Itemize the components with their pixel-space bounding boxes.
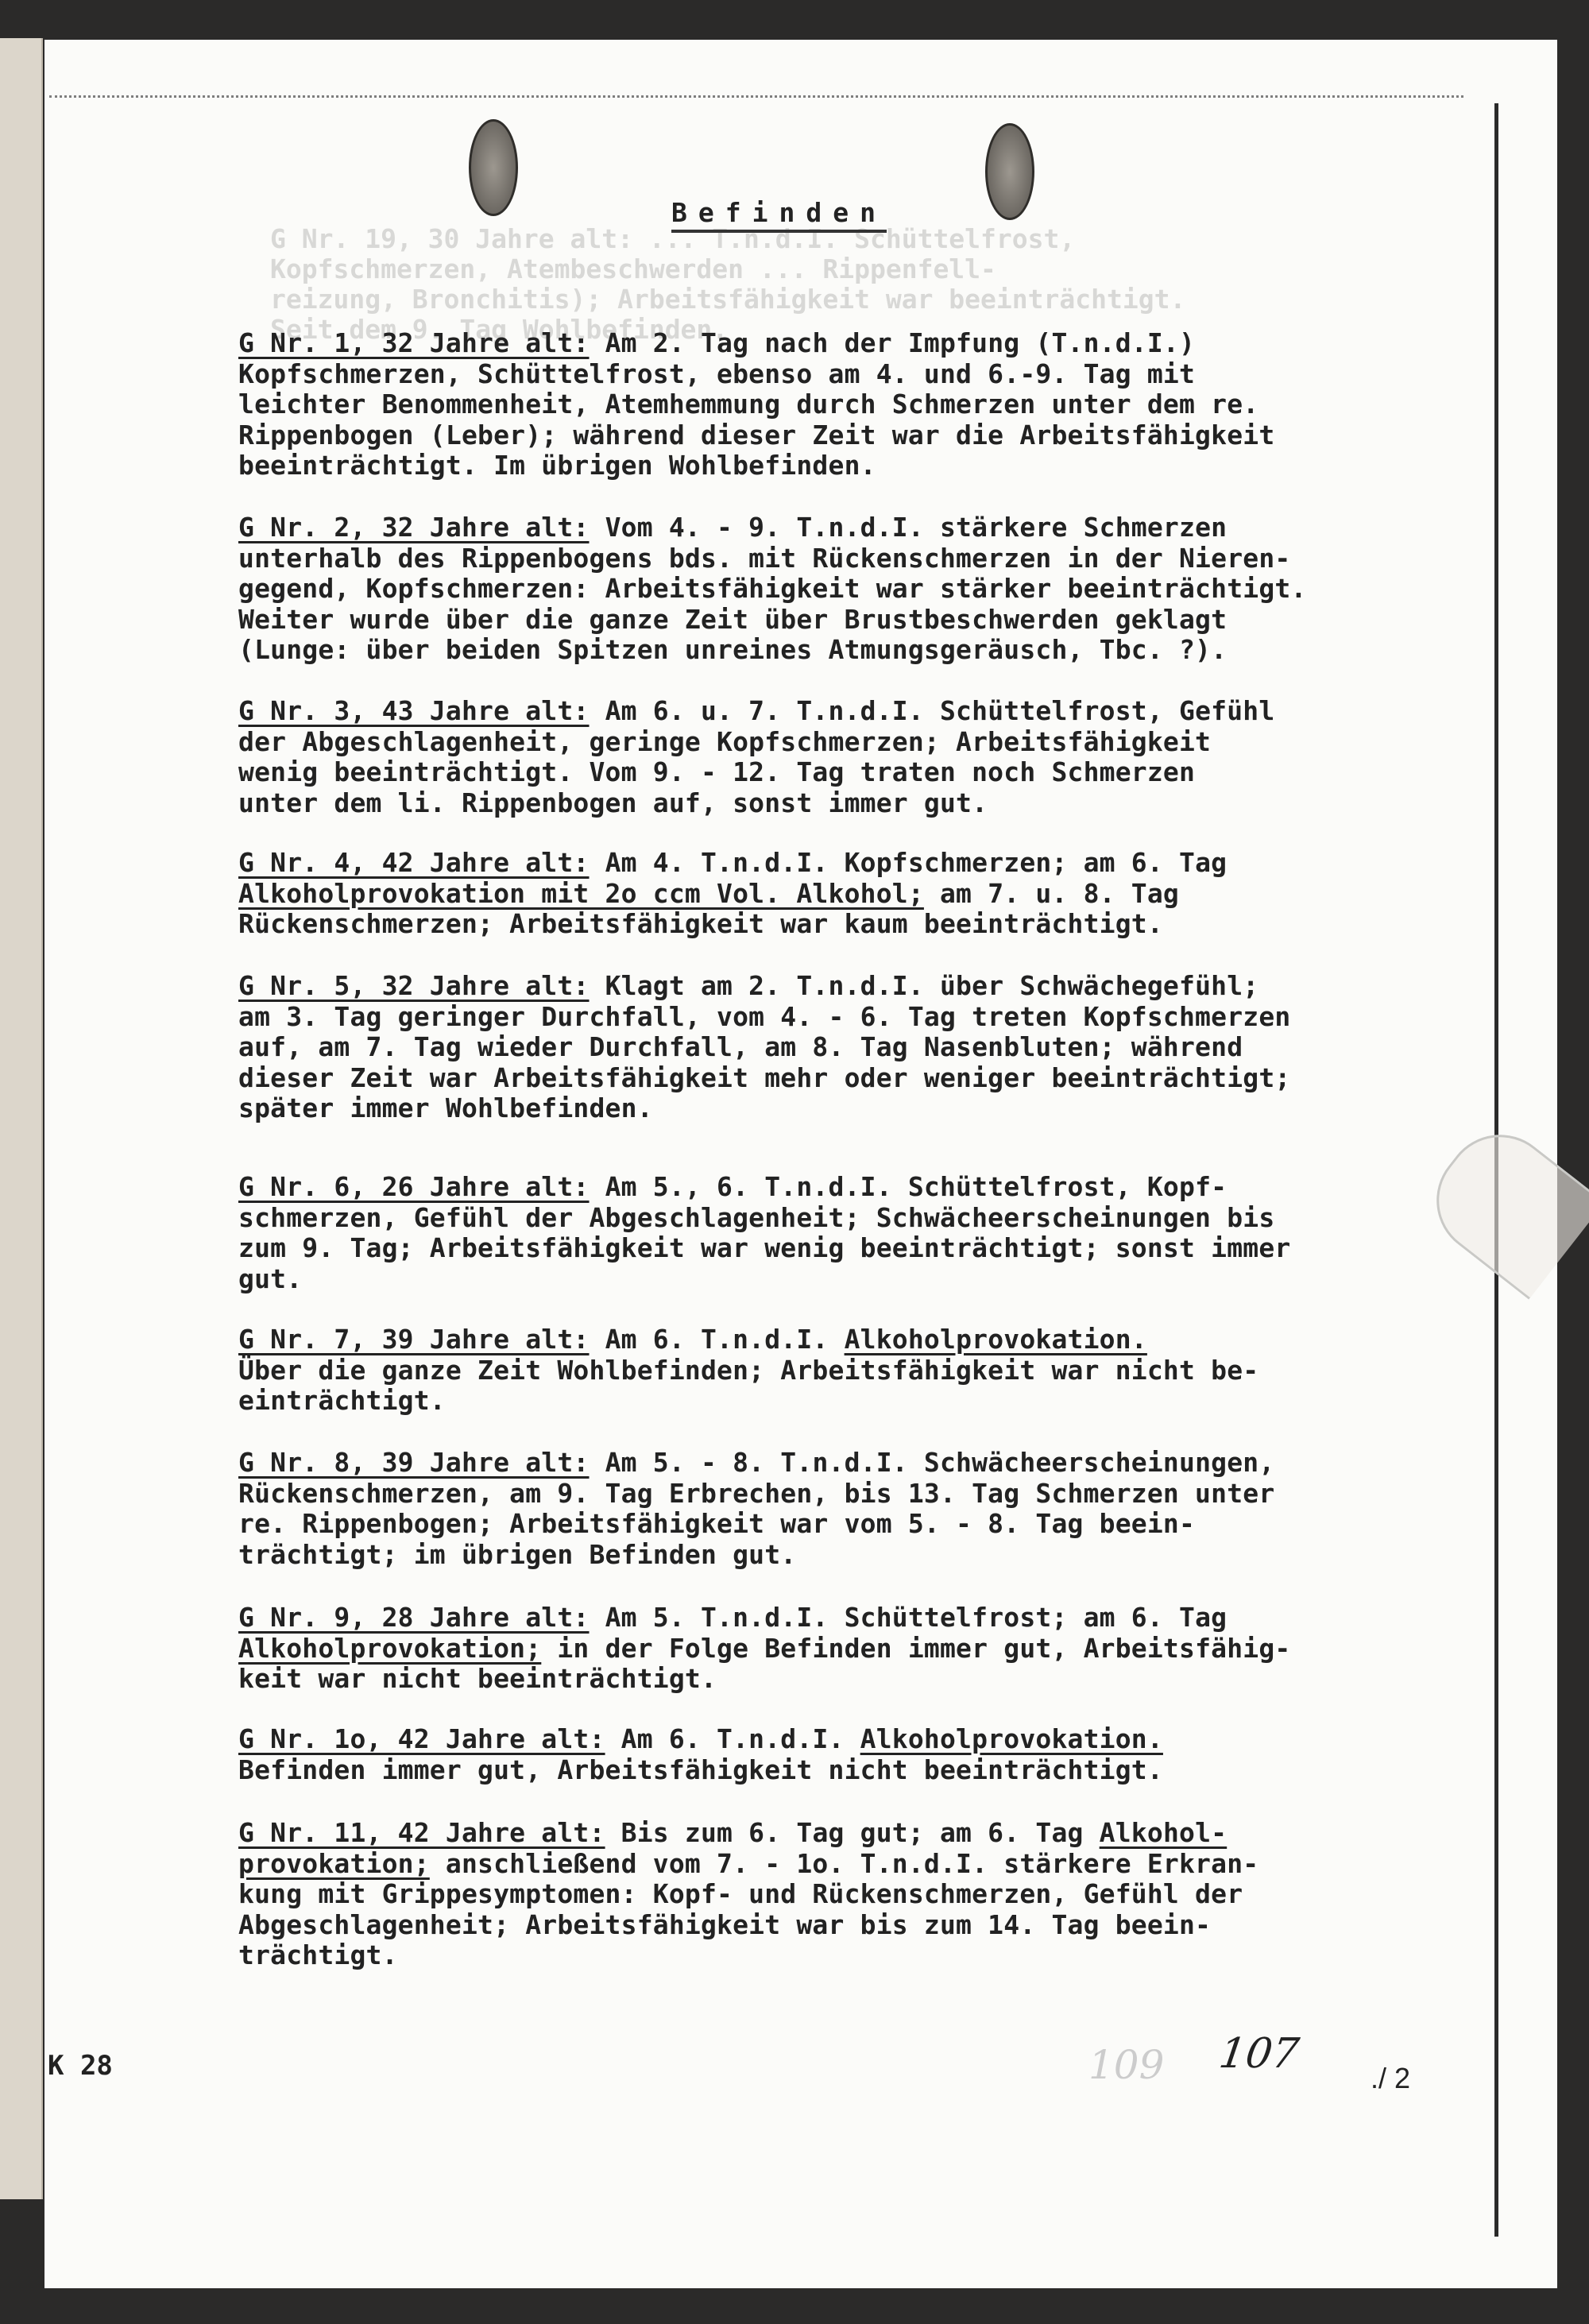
page-title: Befinden [671, 197, 887, 233]
bleed-through-line: Kopfschmerzen, Atembeschwerden ... Rippe… [270, 254, 996, 285]
case-entry-8: G Nr. 8, 39 Jahre alt: Am 5. - 8. T.n.d.… [238, 1448, 1494, 1570]
punch-hole-right [985, 123, 1034, 220]
case-heading: G Nr. 11, 42 Jahre alt: [238, 1817, 605, 1848]
punch-hole-left [469, 119, 518, 216]
case-text: Befinden immer gut, Arbeitsfähigkeit nic… [238, 1754, 1163, 1785]
case-entry-11: G Nr. 11, 42 Jahre alt: Bis zum 6. Tag g… [238, 1818, 1494, 1971]
case-entry-4: G Nr. 4, 42 Jahre alt: Am 4. T.n.d.I. Ko… [238, 848, 1494, 940]
case-entry-6: G Nr. 6, 26 Jahre alt: Am 5., 6. T.n.d.I… [238, 1172, 1494, 1294]
underlined-phrase: provokation; [238, 1848, 430, 1879]
case-entry-2: G Nr. 2, 32 Jahre alt: Vom 4. - 9. T.n.d… [238, 512, 1494, 666]
case-heading: G Nr. 3, 43 Jahre alt: [238, 695, 590, 726]
case-heading: G Nr. 6, 26 Jahre alt: [238, 1171, 590, 1202]
case-text: Über die ganze Zeit Wohlbefinden; Arbeit… [238, 1355, 1258, 1417]
case-text: Am 5. T.n.d.I. Schüttelfrost; am 6. Tag [590, 1602, 1228, 1633]
underlined-phrase: Alkoholprovokation; [238, 1633, 541, 1664]
case-entry-9: G Nr. 9, 28 Jahre alt: Am 5. T.n.d.I. Sc… [238, 1603, 1494, 1695]
case-heading: G Nr. 9, 28 Jahre alt: [238, 1602, 590, 1633]
case-entry-10: G Nr. 1o, 42 Jahre alt: Am 6. T.n.d.I. A… [238, 1724, 1494, 1785]
copy-artifact-line [49, 95, 1463, 98]
underlined-phrase: Alkoholprovokation. [845, 1324, 1147, 1355]
case-heading: G Nr. 7, 39 Jahre alt: [238, 1324, 590, 1355]
case-heading: G Nr. 8, 39 Jahre alt: [238, 1447, 590, 1478]
case-text: Bis zum 6. Tag gut; am 6. Tag [605, 1817, 1100, 1848]
binder-spine [0, 38, 43, 2199]
case-heading: G Nr. 1, 32 Jahre alt: [238, 327, 590, 358]
case-heading: G Nr. 1o, 42 Jahre alt: [238, 1723, 605, 1754]
page-marker: ./ 2 [1371, 2062, 1410, 2095]
case-entry-5: G Nr. 5, 32 Jahre alt: Klagt am 2. T.n.d… [238, 971, 1494, 1124]
case-text: Am 6. T.n.d.I. [605, 1723, 860, 1754]
case-entry-7: G Nr. 7, 39 Jahre alt: Am 6. T.n.d.I. Al… [238, 1324, 1494, 1417]
case-text: Am 4. T.n.d.I. Kopfschmerzen; am 6. Tag [590, 847, 1228, 878]
underlined-phrase: Alkoholprovokation mit 2o ccm Vol. Alkoh… [238, 878, 924, 909]
case-heading: G Nr. 5, 32 Jahre alt: [238, 970, 590, 1001]
folio-number-handwritten: 107 [1216, 2030, 1302, 2078]
case-text: Am 6. T.n.d.I. [590, 1324, 845, 1355]
case-heading: G Nr. 4, 42 Jahre alt: [238, 847, 590, 878]
case-entry-3: G Nr. 3, 43 Jahre alt: Am 6. u. 7. T.n.d… [238, 696, 1494, 818]
case-heading: G Nr. 2, 32 Jahre alt: [238, 512, 590, 543]
underlined-phrase: Alkoholprovokation. [860, 1723, 1163, 1754]
bleed-through-line: reizung, Bronchitis); Arbeitsfähigkeit w… [270, 284, 1185, 315]
folio-ghost: 109 [1088, 2042, 1164, 2088]
archive-code: K 28 [48, 2050, 113, 2082]
underlined-phrase: Alkohol- [1100, 1817, 1228, 1848]
case-entry-1: G Nr. 1, 32 Jahre alt: Am 2. Tag nach de… [238, 328, 1494, 481]
